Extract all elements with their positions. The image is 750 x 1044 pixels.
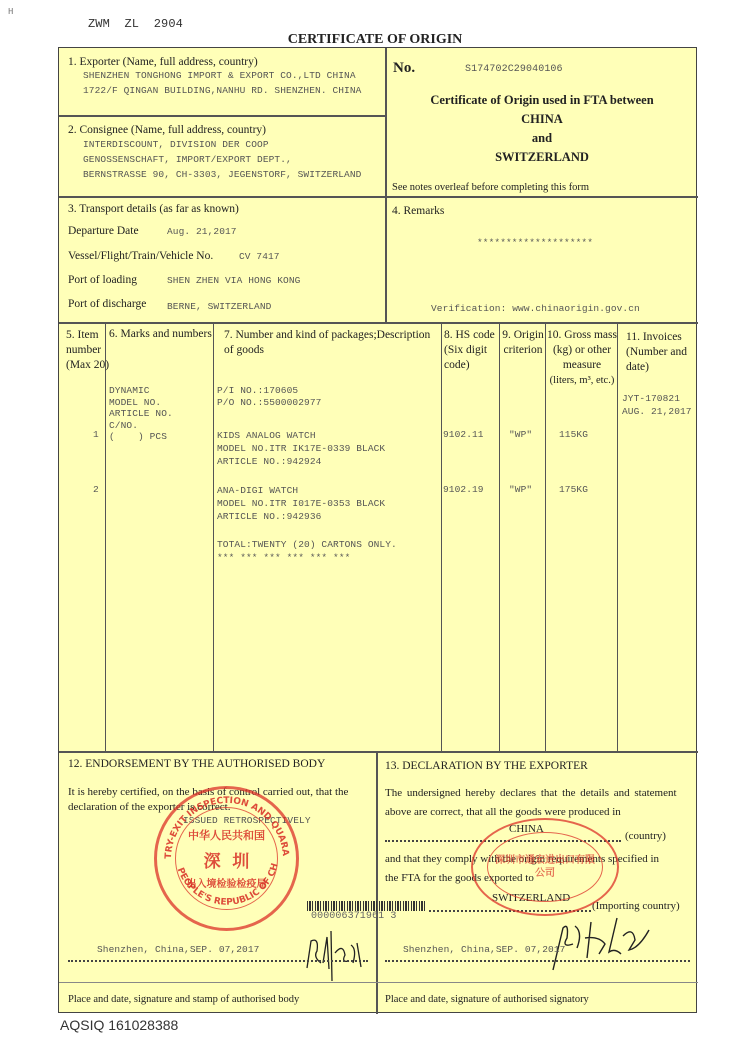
endorsement-label: 12. ENDORSEMENT BY THE AUTHORISED BODY <box>68 758 325 770</box>
total-packages: TOTAL:TWENTY (20) CARTONS ONLY. <box>217 539 397 550</box>
consignee-label: 2. Consignee (Name, full address, countr… <box>68 124 266 136</box>
consignee-line-2: GENOSSENSCHAFT, IMPORT/EXPORT DEPT., <box>83 154 292 165</box>
corner-mark: H <box>8 7 13 17</box>
certificate-number: S174702C29040106 <box>465 64 563 75</box>
table-row-2-hs-code: 9102.19 <box>443 484 484 495</box>
header-marks: 6. Marks and numbers <box>109 328 212 340</box>
declaration-text-2: above are correct, that all the goods we… <box>385 806 621 818</box>
purchase-references: P/I NO.:170605 P/O NO.:5500002977 <box>217 385 321 408</box>
official-stamp: SHENZHEN ENTRY-EXIT INSPECTION AND QUARA… <box>154 786 299 931</box>
marks-and-numbers: DYNAMIC MODEL NO. ARTICLE NO. C/NO. ( ) … <box>109 385 173 443</box>
verification-text: Verification: www.chinaorigin.gov.cn <box>431 303 640 314</box>
company-stamp: 深圳市通宏进出口有限公司 <box>471 818 619 916</box>
consignee-line-1: INTERDISCOUNT, DIVISION DER COOP <box>83 139 269 150</box>
document-title: CERTIFICATE OF ORIGIN <box>0 32 750 48</box>
company-stamp-text: 深圳市通宏进出口有限公司 <box>493 854 597 880</box>
table-row-2-origin: "WP" <box>509 484 532 495</box>
vessel-value: CV 7417 <box>239 251 280 262</box>
table-row-2-gross-mass: 175KG <box>559 484 588 495</box>
fta-country-2: SWITZERLAND <box>386 150 698 165</box>
declaration-footer: Place and date, signature of authorised … <box>385 994 589 1005</box>
port-of-discharge-value: BERNE, SWITZERLAND <box>167 301 271 312</box>
departure-date-label: Departure Date <box>68 225 139 237</box>
vessel-label: Vessel/Flight/Train/Vehicle No. <box>68 250 213 262</box>
port-of-loading-label: Port of loading <box>68 274 137 286</box>
table-row-1-item: 1 <box>93 429 99 440</box>
port-of-discharge-label: Port of discharge <box>68 298 146 310</box>
header-invoices: 11. Invoices (Number and date) <box>626 330 687 375</box>
invoice-details: JYT-170821 AUG. 21,2017 <box>622 393 692 418</box>
fta-title: Certificate of Origin used in FTA betwee… <box>386 93 698 108</box>
declaration-label: 13. DECLARATION BY THE EXPORTER <box>385 760 588 772</box>
authorised-body-signature <box>299 923 369 983</box>
transport-label: 3. Transport details (as far as known) <box>68 203 239 215</box>
header-origin-criterion: 9. Origin criterion <box>500 328 546 358</box>
declaration-text-1: The undersigned hereby declares that the… <box>385 787 677 799</box>
fta-country-1: CHINA <box>386 112 698 127</box>
consignee-line-3: BERNSTRASSE 90, CH-3303, JEGENSTORF, SWI… <box>83 169 361 180</box>
aqsiq-number: AQSIQ 161028388 <box>60 1017 178 1033</box>
departure-date-value: Aug. 21,2017 <box>167 226 237 237</box>
header-gross-mass: 10. Gross mass (kg) or other measure (li… <box>546 328 618 388</box>
table-row-1-description: KIDS ANALOG WATCH MODEL NO.ITR IK17E-033… <box>217 429 385 468</box>
remarks-label: 4. Remarks <box>392 205 444 217</box>
table-row-2-description: ANA-DIGI WATCH MODEL NO.ITR I017E-0353 B… <box>217 484 385 523</box>
stamp-line-2: 深 圳 <box>157 847 296 872</box>
authorised-signatory-signature <box>539 908 659 978</box>
declaration-place-date: Shenzhen, China,SEP. 07,2017 <box>403 944 565 955</box>
table-row-1-origin: "WP" <box>509 429 532 440</box>
fta-and: and <box>386 131 698 146</box>
certificate-form: 1. Exporter (Name, full address, country… <box>58 47 697 1013</box>
table-row-1-hs-code: 9102.11 <box>443 429 484 440</box>
stamp-line-1: 中华人民共和国 <box>157 827 296 843</box>
reference-code: ZWM ZL 2904 <box>88 17 183 31</box>
barcode <box>307 901 427 911</box>
endorsement-footer: Place and date, signature and stamp of a… <box>68 994 299 1005</box>
stamp-line-3: 出入境检验检疫局 <box>157 875 296 890</box>
certificate-no-label: No. <box>393 60 415 77</box>
country-suffix: (country) <box>625 830 666 842</box>
remarks-stars: ******************** <box>477 237 593 248</box>
header-hs-code: 8. HS code (Six digit code) <box>444 328 495 373</box>
barcode-number: 000006371961 3 <box>311 911 396 922</box>
header-item-number: 5. Item number (Max 20) <box>66 328 109 373</box>
exporter-line-1: SHENZHEN TONGHONG IMPORT & EXPORT CO.,LT… <box>83 70 356 81</box>
port-of-loading-value: SHEN ZHEN VIA HONG KONG <box>167 275 300 286</box>
exporter-line-2: 1722/F QINGAN BUILDING,NANHU RD. SHENZHE… <box>83 85 361 96</box>
exporter-label: 1. Exporter (Name, full address, country… <box>68 56 258 68</box>
endorsement-place-date: Shenzhen, China,SEP. 07,2017 <box>97 944 259 955</box>
table-row-2-item: 2 <box>93 484 99 495</box>
form-note: See notes overleaf before completing thi… <box>392 182 589 193</box>
header-description: 7. Number and kind of packages;Descripti… <box>224 328 430 358</box>
end-stars: *** *** *** *** *** *** <box>217 552 350 563</box>
table-row-1-gross-mass: 115KG <box>559 429 588 440</box>
